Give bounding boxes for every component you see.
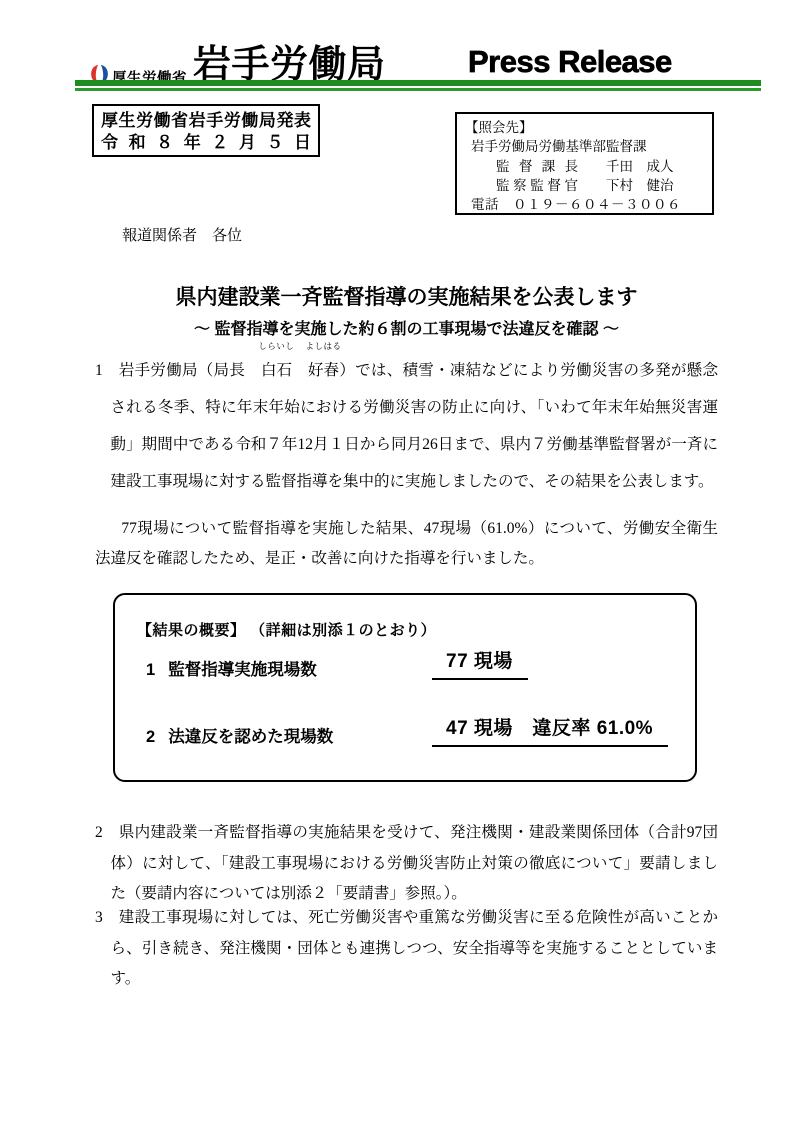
summary-item-number: 1	[146, 661, 155, 680]
contact-row: 監察監督官 下村 健治	[465, 176, 704, 195]
ruby-yoshiharu: よしはる好春	[308, 352, 339, 389]
ruby-text: しらいし	[258, 342, 294, 351]
contact-person-name: 下村 健治	[606, 176, 674, 195]
summary-item: 2法違反を認めた現場数	[146, 723, 333, 747]
contact-heading: 【照会先】	[465, 118, 704, 137]
announcement-box: 厚生労働省岩手労働局発表 令 和 ８ 年 ２ 月 ５ 日	[92, 104, 320, 157]
recipients-line: 報道関係者 各位	[122, 224, 242, 245]
press-release-label: Press Release	[468, 44, 672, 80]
contact-row: 監督課長 千田 成人	[465, 157, 704, 176]
ruby-base: 白石	[261, 362, 292, 379]
paragraph-1-text: 1 岩手労働局（局長	[95, 362, 261, 379]
summary-item-value: 47 現場 違反率 61.0%	[432, 713, 668, 747]
paragraph-1-text	[292, 362, 308, 379]
summary-item-label: 監督指導実施現場数	[168, 661, 317, 679]
ruby-base: 好春	[308, 362, 339, 379]
contact-title: 監督課長	[496, 157, 578, 176]
contact-phone: 電話 ０１９－６０４－３００６	[465, 195, 704, 214]
page-title: 県内建設業一斉監督指導の実施結果を公表します	[95, 281, 718, 311]
summary-item-number: 2	[146, 728, 155, 747]
ruby-shiraishi: しらいし白石	[261, 352, 292, 389]
header-rule-thick	[75, 80, 761, 86]
paragraph-2: 2 県内建設業一斉監督指導の実施結果を受けて、発注機関・建設業関係団体（合計97…	[95, 818, 718, 910]
announcement-issuer: 厚生労働省岩手労働局発表	[101, 110, 311, 132]
ruby-text: よしはる	[306, 342, 342, 351]
contact-title: 監察監督官	[496, 176, 578, 195]
announcement-date: 令 和 ８ 年 ２ 月 ５ 日	[101, 132, 311, 154]
phone-number: ０１９－６０４－３００６	[513, 197, 681, 212]
summary-item-label: 法違反を認めた現場数	[168, 728, 333, 746]
page-subtitle: ～ 監督指導を実施した約６割の工事現場で法違反を確認 ～	[95, 316, 718, 339]
summary-item: 1監督指導実施現場数	[146, 656, 317, 680]
phone-label: 電話	[471, 197, 499, 212]
press-release-page: 厚生労働省 岩手労働局 Press Release 厚生労働省岩手労働局発表 令…	[0, 0, 793, 1122]
summary-item-value: 77 現場	[432, 646, 528, 680]
paragraph-1: 1 岩手労働局（局長 しらいし白石 よしはる好春）では、積雪・凍結などにより労働…	[95, 352, 718, 500]
contact-person-name: 千田 成人	[606, 157, 674, 176]
results-summary-box: 【結果の概要】 （詳細は別添１のとおり） 1監督指導実施現場数 77 現場 2法…	[113, 593, 697, 782]
header-rule-thin	[75, 88, 761, 91]
summary-heading: 【結果の概要】 （詳細は別添１のとおり）	[137, 619, 436, 640]
paragraph-1b: 77現場について監督指導を実施した結果、47現場（61.0%）について、労働安全…	[95, 514, 718, 573]
contact-box: 【照会先】 岩手労働局労働基準部監督課 監督課長 千田 成人 監察監督官 下村 …	[455, 112, 714, 215]
contact-division: 岩手労働局労働基準部監督課	[465, 137, 704, 156]
paragraph-3: 3 建設工事現場に対しては、死亡労働災害や重篤な労働災害に至る危険性が高いことか…	[95, 903, 718, 995]
paragraph-1-text: ）では、積雪・凍結などにより労働災害の多発が懸念される冬季、特に年末年始における…	[111, 362, 719, 490]
